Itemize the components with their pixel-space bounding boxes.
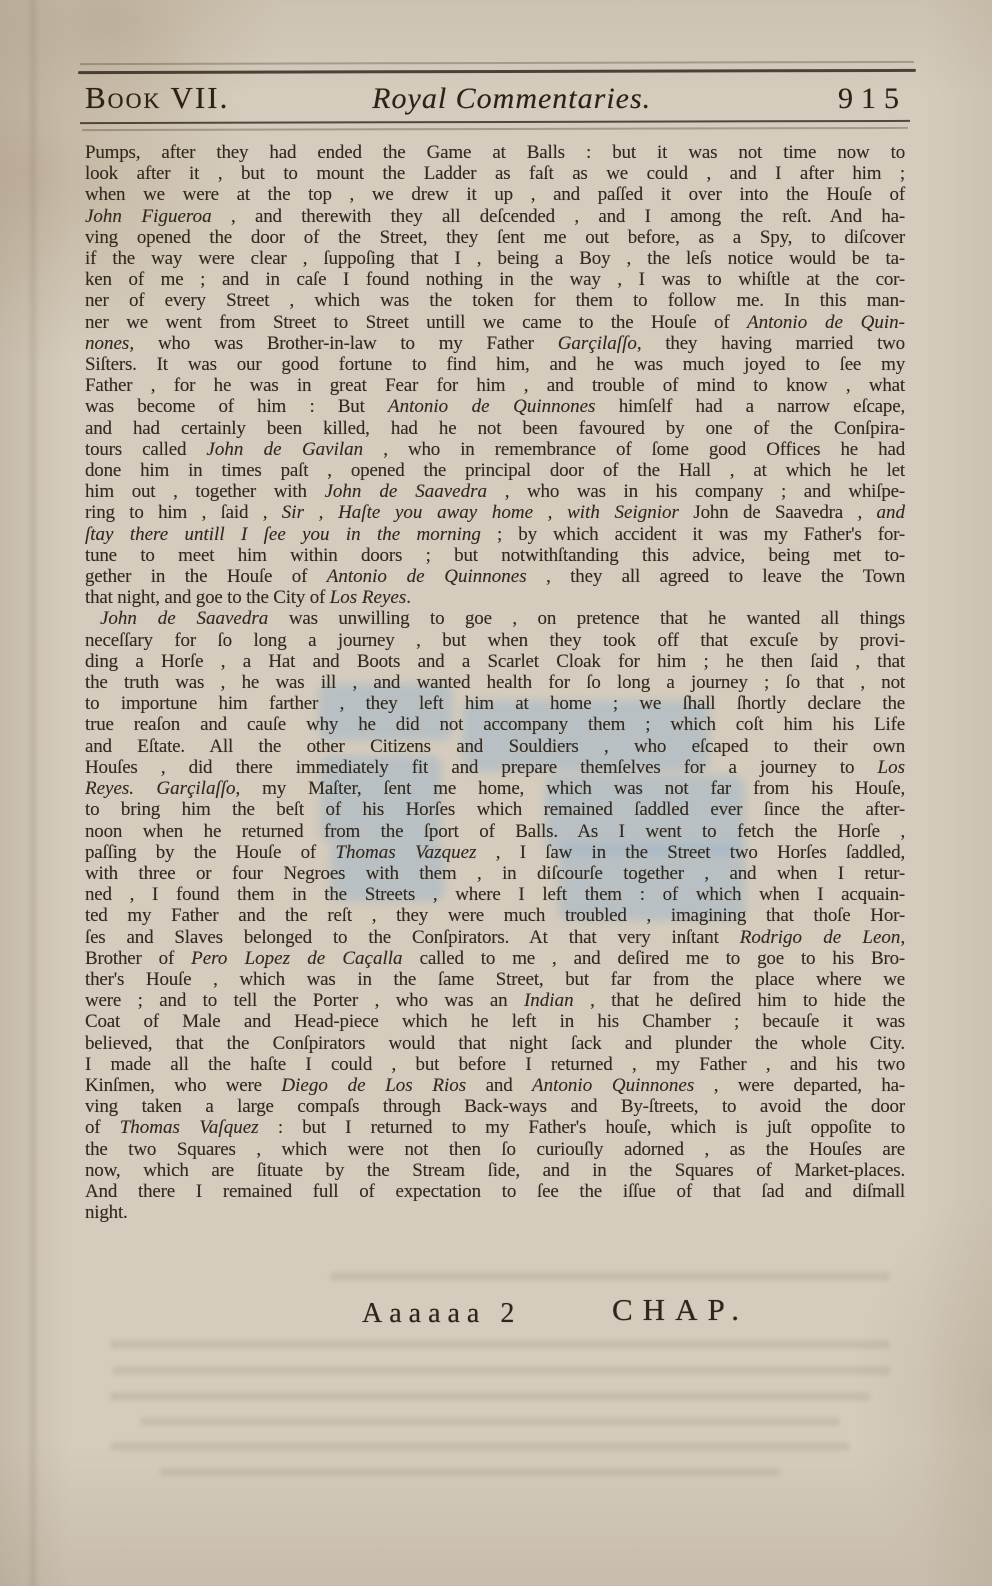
paragraph: Pumps, after they had ended the Game at … xyxy=(85,142,905,608)
text-line: ving opened the door of the Street, they… xyxy=(85,227,905,248)
verso-text-showthrough xyxy=(330,1272,890,1281)
text-line: And there I remained full of expectation… xyxy=(85,1181,905,1202)
text-line: ſes and Slaves belonged to the Conſpirat… xyxy=(85,927,905,948)
text-line: that night, and goe to the City of Los R… xyxy=(85,587,905,608)
text-line: ring to him , ſaid , Sir , Haſte you awa… xyxy=(85,502,905,523)
verso-text-showthrough xyxy=(110,1442,850,1451)
top-rule-faint xyxy=(80,61,914,65)
text-line: John Figueroa , and therewith they all d… xyxy=(85,206,905,227)
text-line: I made all the haſte I could , but befor… xyxy=(85,1054,905,1075)
text-line: Houſes , did there immediately fit and p… xyxy=(85,757,905,778)
verso-text-showthrough xyxy=(112,1366,890,1375)
header-rule-faint xyxy=(82,127,908,131)
text-line: tours called John de Gavilan , who in re… xyxy=(85,439,905,460)
text-line: ken of me ; and in caſe I found nothing … xyxy=(85,269,905,290)
book-number: Book VII. xyxy=(85,80,229,116)
running-head: Book VII. Royal Commentaries. 915 xyxy=(85,80,907,116)
text-line: the truth was , he was ill , and wanted … xyxy=(85,672,905,693)
text-line: tune to meet him within doors ; but notw… xyxy=(85,545,905,566)
catchword: CHAP. xyxy=(612,1292,749,1328)
text-line: if the way were clear , ſuppoſing that I… xyxy=(85,248,905,269)
text-line: believed, that the Conſpirators would th… xyxy=(85,1033,905,1054)
page-title: Royal Commentaries. xyxy=(372,82,651,116)
top-rule xyxy=(78,69,916,74)
text-line: was become of him : But Antonio de Quinn… xyxy=(85,396,905,417)
signature-mark: Aaaaaa 2 xyxy=(362,1298,521,1330)
text-line: ner we went from Street to Street untill… xyxy=(85,312,905,333)
text-line: paſſing by the Houſe of Thomas Vazquez ,… xyxy=(85,842,905,863)
text-line: Coat of Male and Head-piece which he lef… xyxy=(85,1011,905,1032)
text-line: look after it , but to mount the Ladder … xyxy=(85,163,905,184)
text-line: Father , for he was in great Fear for hi… xyxy=(85,375,905,396)
header-rule xyxy=(80,120,910,124)
text-line: to importune him farther , they left him… xyxy=(85,693,905,714)
text-line: ding a Horſe , a Hat and Boots and a Sca… xyxy=(85,651,905,672)
paper-crease xyxy=(26,0,40,1586)
text-line: gether in the Houſe of Antonio de Quinno… xyxy=(85,566,905,587)
text-block: Pumps, after they had ended the Game at … xyxy=(85,142,905,1223)
text-line: and had certainly been killed, had he no… xyxy=(85,418,905,439)
text-line: true reaſon and cauſe why he did not acc… xyxy=(85,714,905,735)
page-number: 915 xyxy=(838,82,907,116)
text-line: now, which are ſituate by the Stream ſid… xyxy=(85,1160,905,1181)
signature-row: Aaaaaa 2 CHAP. xyxy=(0,1292,992,1342)
text-line: noon when he returned from the ſport of … xyxy=(85,821,905,842)
text-line: ther's Houſe , which was in the ſame Str… xyxy=(85,969,905,990)
text-line: and Eſtate. All the other Citizens and S… xyxy=(85,736,905,757)
text-line: him out , together with John de Saavedra… xyxy=(85,481,905,502)
text-line: nones, who was Brother-in-law to my Fath… xyxy=(85,333,905,354)
text-line: night. xyxy=(85,1202,905,1223)
text-line: Kinſmen, who were Diego de Los Rios and … xyxy=(85,1075,905,1096)
text-line: Siſters. It was our good fortune to find… xyxy=(85,354,905,375)
verso-text-showthrough xyxy=(110,1392,870,1401)
book-page-scan: Book VII. Royal Commentaries. 915 Pumps,… xyxy=(0,0,992,1586)
text-line: when we were at the top , we drew it up … xyxy=(85,184,905,205)
text-line: Brother of Pero Lopez de Caçalla called … xyxy=(85,948,905,969)
text-line: Reyes. Garçilaſſo, my Maſter, ſent me ho… xyxy=(85,778,905,799)
text-line: ned , I found them in the Streets , wher… xyxy=(85,884,905,905)
text-line: the two Squares , which were not then ſo… xyxy=(85,1139,905,1160)
text-line: neceſſary for ſo long a journey , but wh… xyxy=(85,630,905,651)
verso-text-showthrough xyxy=(140,1417,840,1426)
text-line: with three or four Negroes with them , i… xyxy=(85,863,905,884)
text-line: ving taken a large compaſs through Back-… xyxy=(85,1096,905,1117)
text-line: done him in times paſt , opened the prin… xyxy=(85,460,905,481)
text-line: ted my Father and the reſt , they were m… xyxy=(85,905,905,926)
text-line: John de Saavedra was unwilling to goe , … xyxy=(85,608,905,629)
text-line: of Thomas Vaſquez : but I returned to my… xyxy=(85,1117,905,1138)
verso-text-showthrough xyxy=(160,1468,780,1476)
text-line: ſtay there untill I ſee you in the morni… xyxy=(85,524,905,545)
paragraph: John de Saavedra was unwilling to goe , … xyxy=(85,608,905,1223)
text-line: ner of every Street , which was the toke… xyxy=(85,290,905,311)
text-line: Pumps, after they had ended the Game at … xyxy=(85,142,905,163)
text-line: were ; and to tell the Porter , who was … xyxy=(85,990,905,1011)
text-line: to bring him the beſt of his Horſes whic… xyxy=(85,799,905,820)
